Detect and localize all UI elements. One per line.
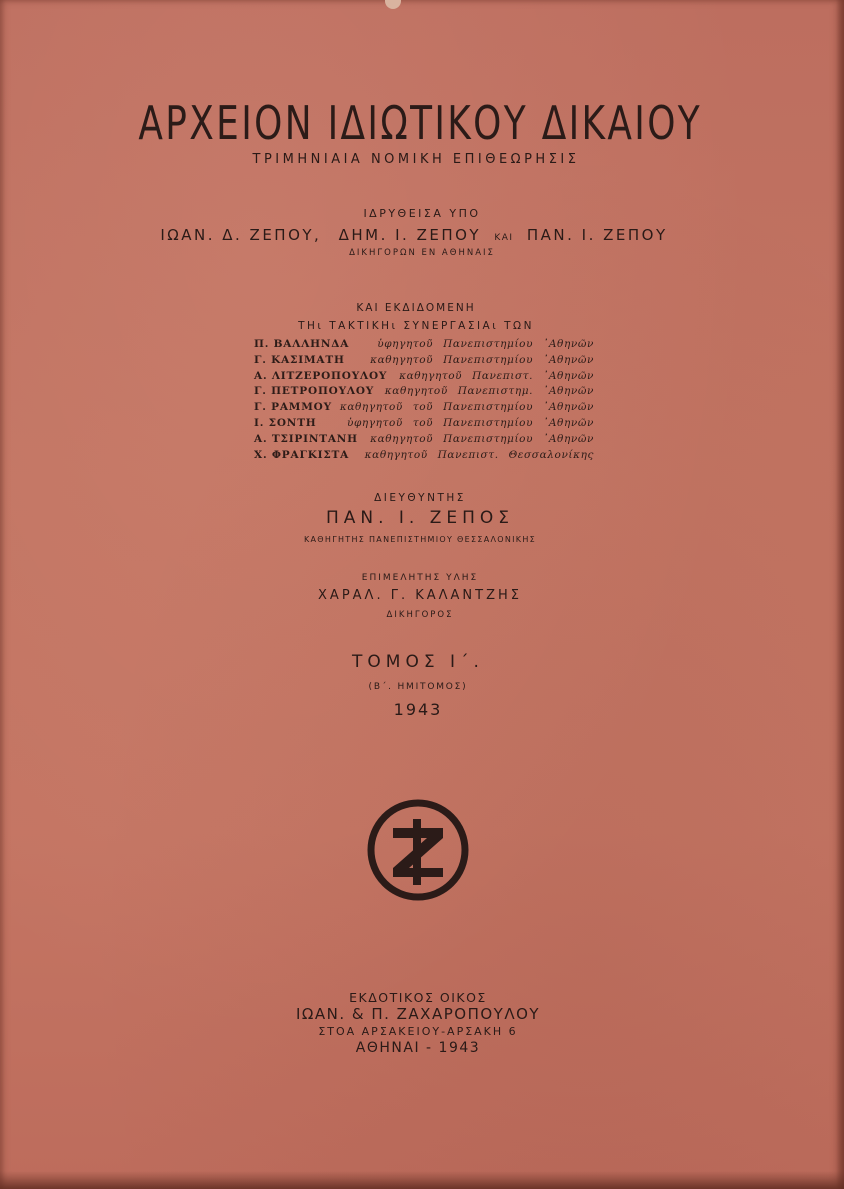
half-volume: (Β΄. ΗΜΙΤΟΜΟΣ): [0, 682, 840, 692]
publisher-city-year: ΑΘΗΝΑΙ - 1943: [0, 1040, 840, 1056]
journal-subtitle: ΤΡΙΜΗΝΙΑΙΑ ΝΟΜΙΚΗ ΕΠΙΘΕΩΡΗΣΙΣ: [0, 152, 838, 167]
paper-tear: [385, 0, 401, 9]
collaborator-row: Α. ΛΙΤΖΕΡΟΠΟΥΛΟΥ καθηγητοῦ Πανεπιστ. ᾿Αθ…: [254, 369, 594, 385]
director-label: ΔΙΕΥΘΥΝΤΗΣ: [0, 492, 842, 504]
founders-line: ΙΩΑΝ. Δ. ΖΕΠΟΥ, ΔΗΜ. Ι. ΖΕΠΟΥ ΚΑΙ ΠΑΝ. Ι…: [0, 226, 836, 244]
journal-title: ΑΡΧΕΙΟΝ ΙΔΙΩΤΙΚΟΥ ΔΙΚΑΙΟΥ: [91, 96, 749, 150]
collaborator-name: Ι. ΣΟΝΤΗ: [254, 416, 317, 432]
publisher-name: ΙΩΑΝ. & Π. ΖΑΧΑΡΟΠΟΥΛΟΥ: [0, 1005, 840, 1023]
collaborator-name: Γ. ΠΕΤΡΟΠΟΥΛΟΥ: [254, 384, 374, 400]
collaborators-list: Π. ΒΑΛΛΗΝΔΑ ὑφηγητοῦ Πανεπιστημίου ᾿Αθην…: [254, 337, 594, 463]
collaborator-row: Χ. ΦΡΑΓΚΙΣΤΑ καθηγητοῦ Πανεπιστ. Θεσσαλο…: [254, 448, 594, 464]
collaborator-role: καθηγητοῦ Πανεπιστημίου ᾿Αθηνῶν: [370, 353, 594, 369]
collaborator-row: Α. ΤΣΙΡΙΝΤΑΝΗ καθηγητοῦ Πανεπιστημίου ᾿Α…: [254, 432, 594, 448]
collaborator-name: Χ. ΦΡΑΓΚΙΣΤΑ: [254, 448, 349, 464]
founded-by-label: ΙΔΡΥΘΕΙΣΑ ΥΠΟ: [0, 207, 844, 220]
founder-3: ΠΑΝ. Ι. ΖΕΠΟΥ: [527, 226, 668, 244]
collaborator-row: Ι. ΣΟΝΤΗ ὑφηγητοῦ τοῦ Πανεπιστημίου ᾿Αθη…: [254, 416, 594, 432]
director-title: ΚΑΘΗΓΗΤΗΣ ΠΑΝΕΠΙΣΤΗΜΙΟΥ ΘΕΣΣΑΛΟΝΙΚΗΣ: [0, 535, 842, 544]
founders-conjunction: ΚΑΙ: [494, 233, 513, 243]
collaborator-role: ὑφηγητοῦ Πανεπιστημίου ᾿Αθηνῶν: [377, 337, 594, 353]
collaborator-role: καθηγητοῦ τοῦ Πανεπιστημίου ᾿Αθηνῶν: [340, 400, 594, 416]
founder-1: ΙΩΑΝ. Δ. ΖΕΠΟΥ,: [160, 226, 321, 244]
cooperation-label: ΤΗι ΤΑΚΤΙΚΗι ΣΥΝΕΡΓΑΣΙΑι ΤΩΝ: [0, 320, 838, 332]
director-name: ΠΑΝ. Ι. ΖΕΠΟΣ: [0, 508, 842, 528]
publication-year: 1943: [0, 700, 840, 719]
collaborator-row: Γ. ΠΕΤΡΟΠΟΥΛΟΥ καθηγητοῦ Πανεπιστημ. ᾿Αθ…: [254, 384, 594, 400]
cover-bottom-wear: [0, 1171, 844, 1189]
publisher-house: ΕΚΔΟΤΙΚΟΣ ΟΙΚΟΣ: [0, 990, 840, 1005]
founders-profession: ΔΙΚΗΓΟΡΩΝ ΕΝ ΑΘΗΝΑΙΣ: [0, 248, 844, 258]
collaborator-name: Γ. ΚΑΣΙΜΑΤΗ: [254, 353, 345, 369]
editor-title: ΔΙΚΗΓΟΡΟΣ: [0, 610, 842, 620]
collaborator-role: ὑφηγητοῦ τοῦ Πανεπιστημίου ᾿Αθηνῶν: [347, 416, 594, 432]
editor-label: ΕΠΙΜΕΛΗΤΗΣ ΥΛΗΣ: [0, 573, 842, 583]
collaborator-row: Γ. ΡΑΜΜΟΥ καθηγητοῦ τοῦ Πανεπιστημίου ᾿Α…: [254, 400, 594, 416]
collaborator-row: Γ. ΚΑΣΙΜΑΤΗ καθηγητοῦ Πανεπιστημίου ᾿Αθη…: [254, 353, 594, 369]
founder-2: ΔΗΜ. Ι. ΖΕΠΟΥ: [339, 226, 481, 244]
collaborator-row: Π. ΒΑΛΛΗΝΔΑ ὑφηγητοῦ Πανεπιστημίου ᾿Αθην…: [254, 337, 594, 353]
zeta-monogram-circle-icon: [362, 797, 474, 903]
collaborator-role: καθηγητοῦ Πανεπιστ. Θεσσαλονίκης: [365, 448, 594, 464]
published-label: ΚΑΙ ΕΚΔΙΔΟΜΕΝΗ: [0, 302, 838, 314]
editor-name: ΧΑΡΑΛ. Γ. ΚΑΛΑΝΤΖΗΣ: [0, 588, 842, 603]
publisher-address: ΣΤΟΑ ΑΡΣΑΚΕΙΟΥ-ΑΡΣΑΚΗ 6: [0, 1025, 840, 1038]
book-cover: ΑΡΧΕΙΟΝ ΙΔΙΩΤΙΚΟΥ ΔΙΚΑΙΟΥ ΤΡΙΜΗΝΙΑΙΑ ΝΟΜ…: [0, 0, 844, 1189]
collaborator-name: Α. ΛΙΤΖΕΡΟΠΟΥΛΟΥ: [254, 369, 387, 385]
collaborator-name: Γ. ΡΑΜΜΟΥ: [254, 400, 332, 416]
collaborator-role: καθηγητοῦ Πανεπιστημίου ᾿Αθηνῶν: [370, 432, 594, 448]
collaborator-name: Π. ΒΑΛΛΗΝΔΑ: [254, 337, 349, 353]
collaborator-role: καθηγητοῦ Πανεπιστημ. ᾿Αθηνῶν: [385, 384, 594, 400]
collaborator-name: Α. ΤΣΙΡΙΝΤΑΝΗ: [254, 432, 358, 448]
collaborator-role: καθηγητοῦ Πανεπιστ. ᾿Αθηνῶν: [399, 369, 594, 385]
volume-number: ΤΟΜΟΣ Ι΄.: [0, 652, 840, 672]
